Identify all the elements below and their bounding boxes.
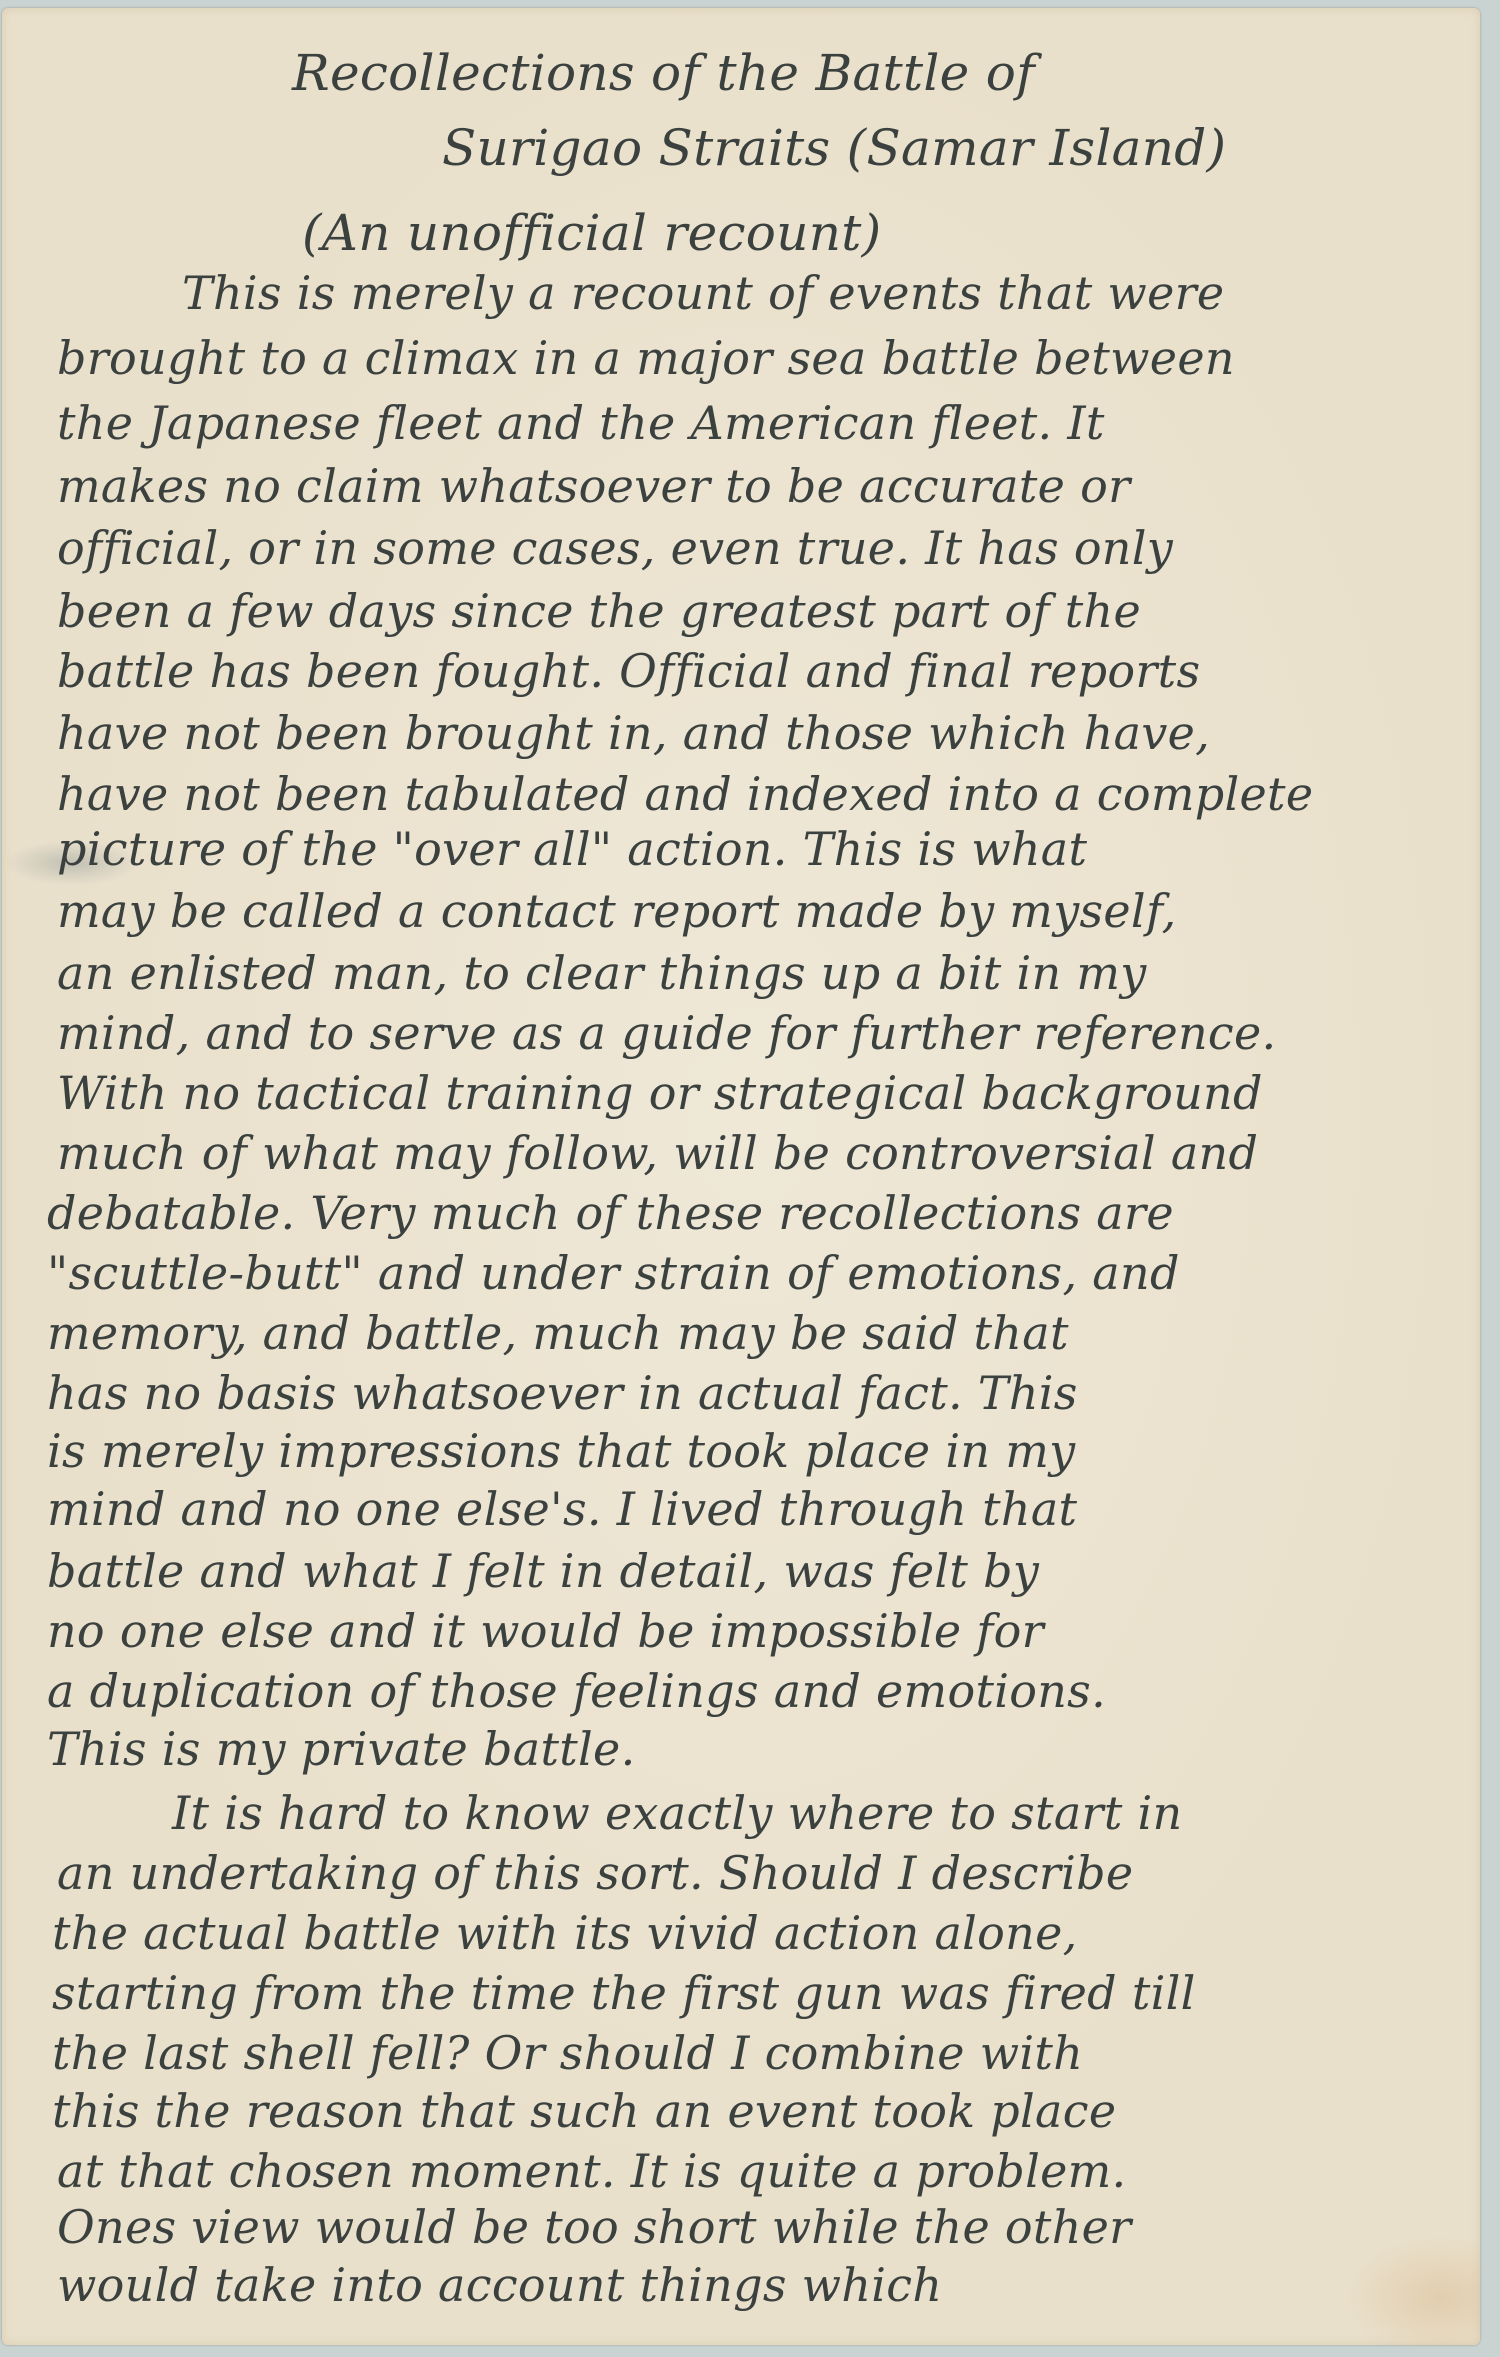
- body-line: Ones view would be too short while the o…: [57, 2204, 1131, 2250]
- title-line-2: Surigao Straits (Samar Island): [442, 123, 1226, 173]
- body-line: no one else and it would be impossible f…: [47, 1608, 1044, 1654]
- body-line: It is hard to know exactly where to star…: [172, 1790, 1183, 1836]
- body-line: mind and no one else's. I lived through …: [47, 1486, 1077, 1532]
- body-line: battle and what I felt in detail, was fe…: [47, 1548, 1039, 1594]
- body-line: much of what may follow, will be controv…: [57, 1130, 1258, 1176]
- manuscript-page: Recollections of the Battle of Surigao S…: [2, 8, 1480, 2345]
- body-line: this the reason that such an event took …: [52, 2088, 1116, 2134]
- body-line: a duplication of those feelings and emot…: [47, 1668, 1106, 1714]
- body-line: starting from the time the first gun was…: [52, 1970, 1196, 2016]
- body-line: have not been brought in, and those whic…: [57, 710, 1210, 756]
- title-line-3: (An unofficial recount): [302, 208, 881, 258]
- body-line: official, or in some cases, even true. I…: [57, 525, 1173, 571]
- body-line: This is merely a recount of events that …: [182, 270, 1224, 316]
- body-line: an undertaking of this sort. Should I de…: [57, 1850, 1133, 1896]
- body-line: With no tactical training or strategical…: [57, 1070, 1263, 1116]
- body-line: would take into account things which: [57, 2262, 942, 2308]
- body-line: "scuttle-butt" and under strain of emoti…: [47, 1250, 1180, 1296]
- body-line: debatable. Very much of these recollecti…: [47, 1190, 1174, 1236]
- body-line: have not been tabulated and indexed into…: [57, 771, 1313, 817]
- body-line: mind, and to serve as a guide for furthe…: [57, 1010, 1276, 1056]
- body-line: an enlisted man, to clear things up a bi…: [57, 950, 1147, 996]
- body-line: at that chosen moment. It is quite a pro…: [57, 2148, 1126, 2194]
- body-line: been a few days since the greatest part …: [57, 588, 1141, 634]
- title-line-1: Recollections of the Battle of: [292, 48, 1035, 98]
- body-line: brought to a climax in a major sea battl…: [57, 335, 1235, 381]
- body-line: the Japanese fleet and the American flee…: [57, 400, 1105, 446]
- body-line: may be called a contact report made by m…: [57, 888, 1177, 934]
- body-line: the actual battle with its vivid action …: [52, 1910, 1078, 1956]
- body-line: makes no claim whatsoever to be accurate…: [57, 463, 1130, 509]
- body-line: This is my private battle.: [47, 1726, 636, 1772]
- body-line: is merely impressions that took place in…: [47, 1428, 1075, 1474]
- body-line: has no basis whatsoever in actual fact. …: [47, 1370, 1078, 1416]
- body-line: picture of the "over all" action. This i…: [57, 826, 1087, 872]
- body-line: battle has been fought. Official and fin…: [57, 648, 1200, 694]
- body-line: the last shell fell? Or should I combine…: [52, 2030, 1083, 2076]
- body-line: memory, and battle, much may be said tha…: [47, 1310, 1069, 1356]
